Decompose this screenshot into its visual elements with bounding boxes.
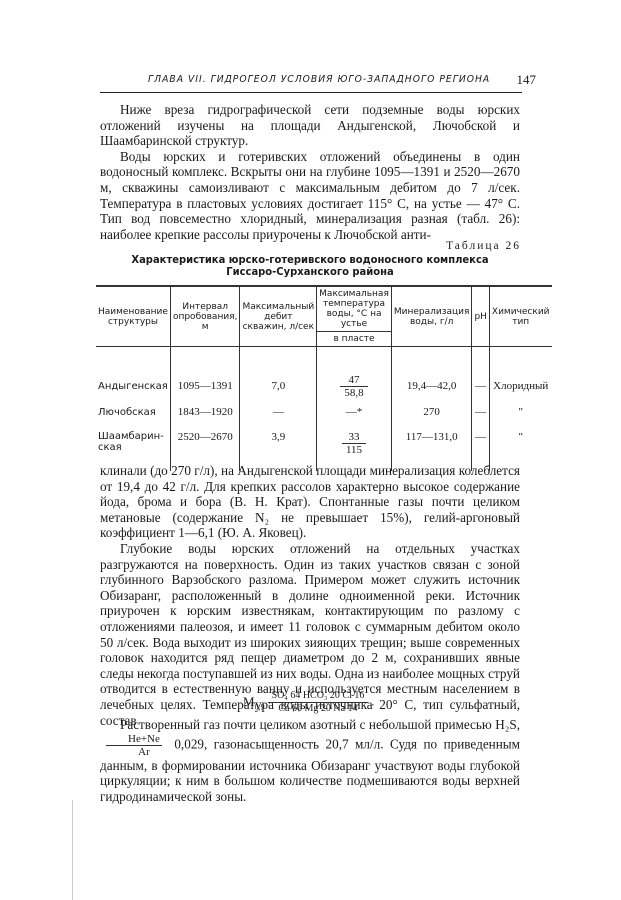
document-page: ГЛАВА VII. ГИДРОГЕОЛ УСЛОВИЯ ЮГО-ЗАПАДНО… (0, 0, 621, 900)
cell-interval: 1843—1920 (170, 399, 240, 425)
formula-denominator: Ca 66 Mg 20 Na 14 (268, 703, 369, 715)
text-block-top: Ниже вреза гидрографической сети подземн… (100, 102, 520, 242)
col-header-interval: Интервал опробования, м (170, 286, 240, 347)
paragraph: Растворенный газ почти целиком азотный с… (100, 717, 520, 804)
col-subheader-temp: в пласте (317, 332, 392, 347)
formula-fraction: SO₄ 64 HCO₃ 20 Cl 16 Ca 66 Mg 20 Na 14 (268, 690, 369, 715)
running-title: ГЛАВА VII. ГИДРОГЕОЛ УСЛОВИЯ ЮГО-ЗАПАДНО… (148, 74, 490, 85)
col-header-ph: pH (472, 286, 489, 347)
gas-denominator: Ar (106, 746, 162, 758)
temp-wellhead: 47 (340, 374, 367, 387)
table-title: Характеристика юрско-готеривского водоно… (111, 254, 510, 278)
text-block-bottom: Растворенный газ почти целиком азотный с… (100, 717, 520, 804)
table-caption: Таблица 26 (446, 240, 521, 252)
header-rule (100, 92, 522, 93)
page-number: 147 (517, 72, 537, 88)
cell-chem: Хлоридный (489, 373, 551, 399)
table-row: Лючобская 1843—1920 — —* 270 — " (96, 399, 552, 425)
text-run: 0,029, газонасыщенность 20,7 мл/л. Судя … (100, 736, 520, 804)
cell-mineral: 19,4—42,0 (391, 373, 472, 399)
data-table: Наименование структуры Интервал опробова… (96, 285, 552, 471)
running-head: ГЛАВА VII. ГИДРОГЕОЛ УСЛОВИЯ ЮГО-ЗАПАДНО… (100, 74, 520, 90)
text-run: Растворенный газ почти целиком азотный с… (120, 717, 492, 732)
gas-ratio-fraction: He+NeAr (106, 733, 162, 758)
cell-debit: — (240, 399, 317, 425)
cell-mineral: 270 (391, 399, 472, 425)
cell-temp: —* (317, 399, 392, 425)
cell-chem: " (489, 399, 551, 425)
chemical-formula: M0,9 SO₄ 64 HCO₃ 20 Cl 16 Ca 66 Mg 20 Na… (243, 690, 374, 715)
temp-wellhead: 33 (342, 431, 366, 444)
text-block-middle: клинали (до 270 г/л), на Андыгенской пло… (100, 463, 520, 728)
temp-reservoir: 58,8 (340, 387, 367, 399)
table-title-line: Характеристика юрско-готеривского водоно… (111, 254, 510, 266)
cell-temp: 4758,8 (317, 373, 392, 399)
text-run: H₂S, (495, 717, 520, 732)
cell-debit: 7,0 (240, 373, 317, 399)
gas-numerator: He+Ne (106, 733, 162, 746)
cell-ph: — (472, 373, 489, 399)
paragraph: клинали (до 270 г/л), на Андыгенской пло… (100, 463, 520, 541)
temp-reservoir: 115 (342, 444, 366, 456)
scan-edge-line (72, 800, 73, 900)
formula-numerator: SO₄ 64 HCO₃ 20 Cl 16 (268, 690, 369, 703)
table-row: Андыгенская 1095—1391 7,0 4758,8 19,4—42… (96, 373, 552, 399)
formula-m: M0,9 (243, 694, 265, 709)
col-header-debit: Максимальный дебит скважин, л/сек (240, 286, 317, 347)
cell-name: Лючобская (96, 399, 170, 425)
cell-name: Андыгенская (96, 373, 170, 399)
formula-m-sub: 0,9 (255, 702, 265, 711)
formula-m-label: M (243, 694, 255, 709)
cell-ph: — (472, 399, 489, 425)
cell-interval: 1095—1391 (170, 373, 240, 399)
col-header-chem: Химический тип (489, 286, 551, 347)
col-header-temp: Максимальная температура воды, °С на уст… (317, 286, 392, 332)
col-header-name: Наименование структуры (96, 286, 170, 347)
table-title-line: Гиссаро-Сурханского района (111, 266, 510, 278)
paragraph: Ниже вреза гидрографической сети подземн… (100, 102, 520, 149)
paragraph: Воды юрских и готеривских отложений объе… (100, 149, 520, 243)
col-header-mineral: Минерализация воды, г/л (391, 286, 472, 347)
